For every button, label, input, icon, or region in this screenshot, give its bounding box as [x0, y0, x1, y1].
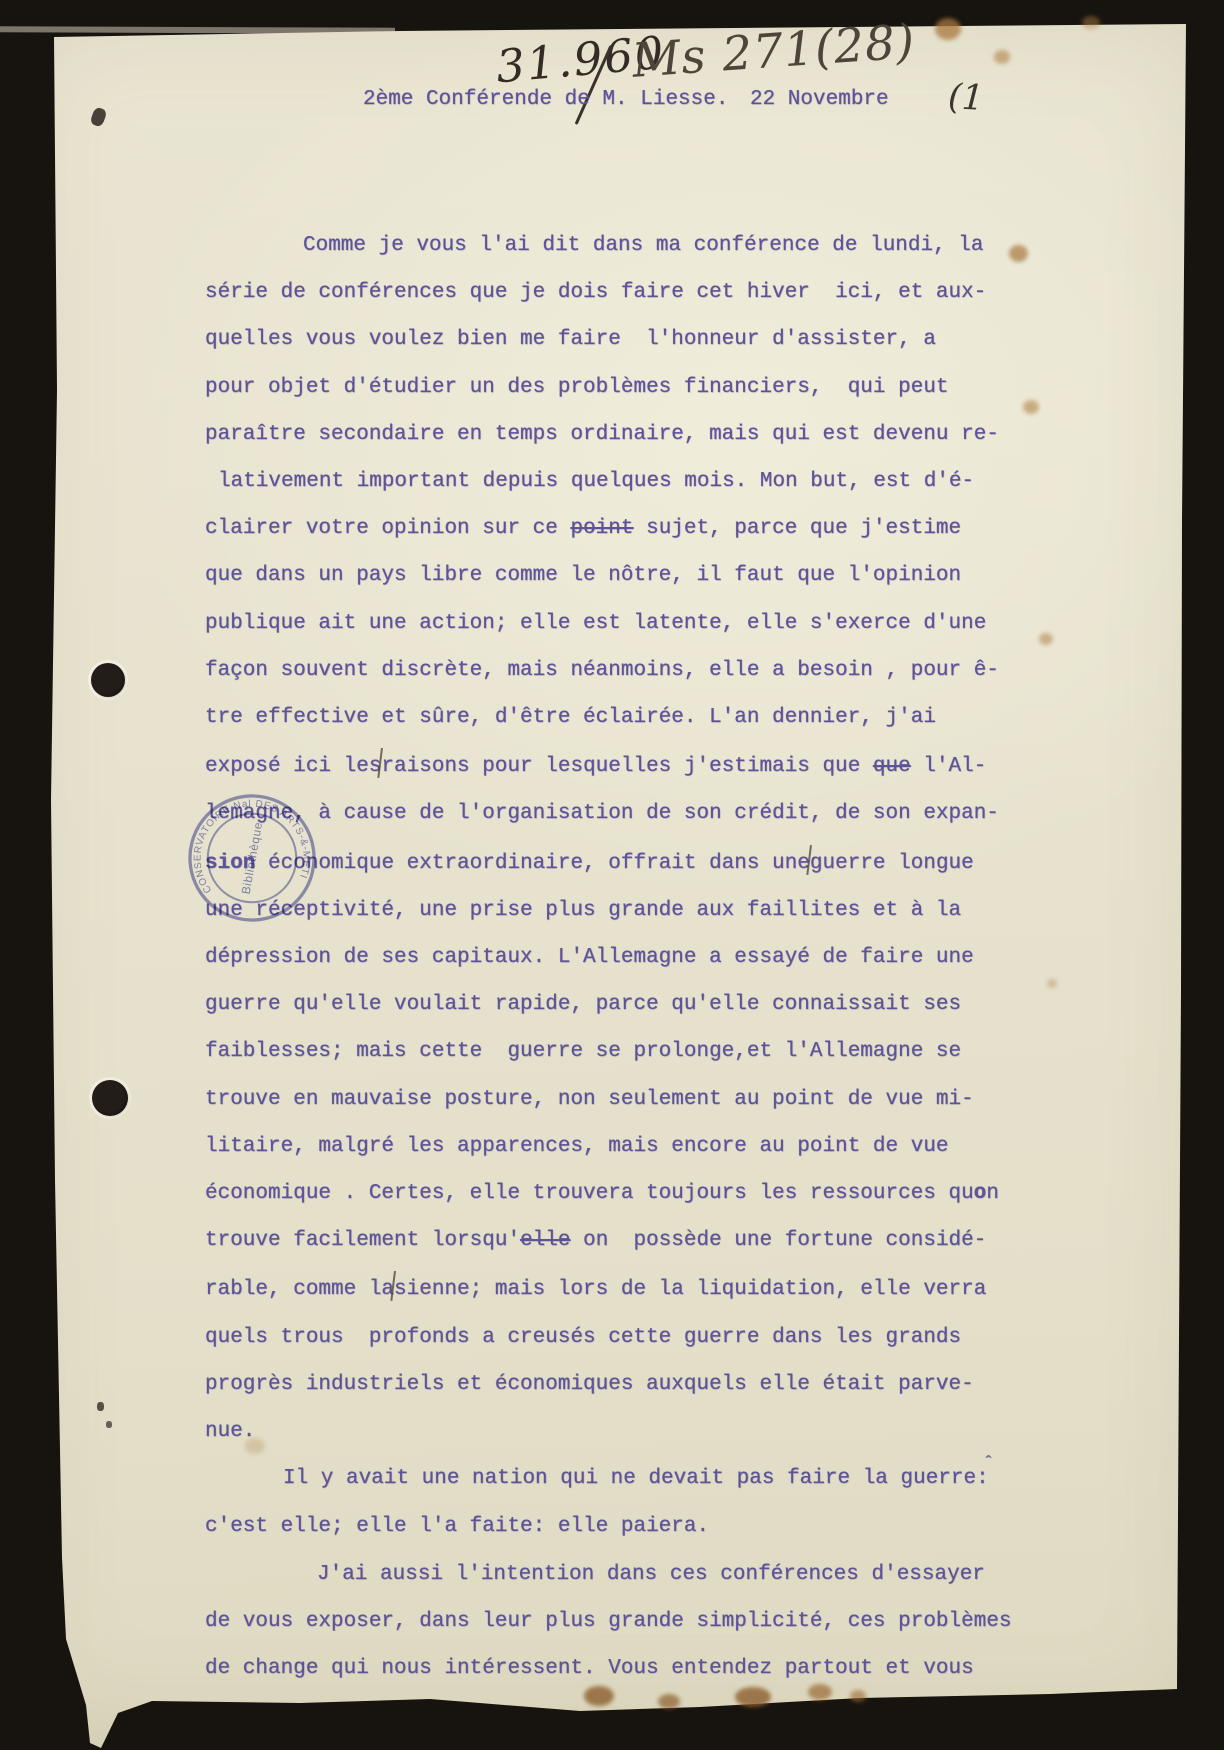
text-segment: économique . Certes, elle trouvera toujo… [205, 1182, 974, 1205]
foxing-stain [658, 1694, 680, 1709]
text-line: publique ait une action; elle est latent… [0, 600, 1224, 647]
text-line: exposé ici lesraisons pour lesquelles j'… [0, 741, 1224, 790]
text-line: faiblesses; mais cette guerre se prolong… [0, 1028, 1224, 1075]
text-line: dépression de ses capitaux. L'Allemagne … [0, 934, 1224, 981]
text-segment: clairer votre opinion sur ce [205, 517, 570, 540]
text-line: une réceptivité, une prise plus grande a… [0, 887, 1224, 934]
text-line: quels trous profonds a creusés cette gue… [0, 1314, 1224, 1361]
text-line: Il y avait une nation qui ne devait pas … [0, 1455, 1224, 1503]
text-segment: économique extraordinaire, offrait dans … [255, 852, 810, 875]
scanned-document-page: 31.960 Ms 271(28) (1 2ème Conférende de … [0, 0, 1224, 1750]
foxing-stain [935, 18, 961, 40]
text-line: guerre qu'elle voulait rapide, parce qu'… [0, 981, 1224, 1028]
text-segment: Il y avait une nation qui ne devait pas … [283, 1467, 976, 1490]
text-segment: Comme je vous l'ai dit dans ma conférenc… [303, 234, 984, 257]
text-segment: nue. [205, 1420, 255, 1443]
handwritten-page-number: (1 [947, 77, 985, 119]
text-segment: guerre longue [810, 852, 974, 875]
text-segment: lemagne, à cause de l'organisation de so… [205, 802, 999, 825]
text-segment: guerre qu'elle voulait rapide, parce qu'… [205, 993, 961, 1016]
text-segment: point [570, 517, 633, 540]
text-segment: de vous exposer, dans leur plus grande s… [205, 1610, 1012, 1633]
text-segment: que [873, 755, 911, 778]
text-segment: quelles vous voulez bien me faire l'honn… [205, 328, 936, 351]
text-line: clairer votre opinion sur ce point sujet… [0, 505, 1224, 552]
library-stamp: CONSERVATOIRE Nal DES ARTS-&-METIERS ★ B… [177, 783, 326, 932]
foxing-stain [1082, 16, 1100, 29]
text-segment: sujet, parce que j'estime [633, 517, 961, 540]
text-line: pour objet d'étudier un des problèmes fi… [0, 364, 1224, 411]
text-segment: n [986, 1182, 999, 1205]
text-line: progrès industriels et économiques auxqu… [0, 1361, 1224, 1408]
text-segment: que dans un pays libre comme le nôtre, i… [205, 564, 961, 587]
text-segment: façon souvent discrète, mais néanmoins, … [205, 659, 999, 682]
text-line: rable, comme lasienne; mais lors de la l… [0, 1264, 1224, 1313]
text-line: lativement important depuis quelques moi… [0, 458, 1224, 505]
text-line: façon souvent discrète, mais néanmoins, … [0, 647, 1224, 694]
typed-header-title: 2ème Conférende de M. Liesse. [363, 88, 728, 111]
text-segment: on possède une fortune considé- [570, 1229, 986, 1252]
text-segment: trouve en mauvaise posture, non seulemen… [205, 1088, 974, 1111]
text-segment: exposé ici les [205, 755, 381, 778]
text-segment: progrès industriels et économiques auxqu… [205, 1373, 974, 1396]
text-line: nue. [0, 1408, 1224, 1455]
text-segment: trouve facilement lorsqu' [205, 1229, 520, 1252]
text-segment: dépression de ses capitaux. L'Allemagne … [205, 946, 974, 969]
text-segment: faiblesses; mais cette guerre se prolong… [205, 1040, 961, 1063]
text-segment: quels trous profonds a creusés cette gue… [205, 1326, 961, 1349]
text-segment: elle [520, 1229, 570, 1252]
text-line: quelles vous voulez bien me faire l'honn… [0, 316, 1224, 363]
text-segment: série de conférences que je dois faire c… [205, 281, 986, 304]
text-line: économique . Certes, elle trouvera toujo… [0, 1170, 1224, 1217]
text-segment: sienne; mais lors de la liquidation, ell… [394, 1278, 986, 1301]
typed-header-date: 22 Novembre [750, 88, 889, 111]
text-segment: rable, comme la [205, 1278, 394, 1301]
foxing-stain [994, 50, 1010, 64]
text-segment: o [974, 1182, 987, 1205]
text-segment: pour objet d'étudier un des problèmes fi… [205, 376, 949, 399]
text-line: J'ai aussi l'intention dans ces conféren… [0, 1551, 1224, 1598]
text-line: trouve en mauvaise posture, non seulemen… [0, 1076, 1224, 1123]
stamp-center-text: Bibliothèque [239, 821, 266, 896]
text-segment: paraître secondaire en temps ordinaire, … [205, 423, 999, 446]
text-line: que dans un pays libre comme le nôtre, i… [0, 552, 1224, 599]
text-line: tre effective et sûre, d'être éclairée. … [0, 694, 1224, 741]
text-segment: c'est elle; elle l'a faite: elle paiera. [205, 1515, 709, 1538]
text-segment: lativement important depuis quelques moi… [218, 470, 974, 493]
text-segment: raisons pour lesquelles j'estimais que [381, 755, 872, 778]
text-segment: J'ai aussi l'intention dans ces conféren… [317, 1563, 985, 1586]
text-segment: tre effective et sûre, d'être éclairée. … [205, 706, 936, 729]
text-line: de vous exposer, dans leur plus grande s… [0, 1598, 1224, 1645]
library-stamp-graphic: CONSERVATOIRE Nal DES ARTS-&-METIERS ★ B… [177, 783, 326, 932]
text-line: trouve facilement lorsqu'elle on possède… [0, 1217, 1224, 1264]
text-segment: l'Al- [911, 755, 987, 778]
text-line: Comme je vous l'ai dit dans ma conférenc… [0, 222, 1224, 269]
text-line: de change qui nous intéressent. Vous ent… [0, 1645, 1224, 1692]
text-segment: de change qui nous intéressent. Vous ent… [205, 1657, 974, 1680]
typed-body-text: Comme je vous l'ai dit dans ma conférenc… [0, 222, 1224, 1692]
text-line: série de conférences que je dois faire c… [0, 269, 1224, 316]
text-line: paraître secondaire en temps ordinaire, … [0, 411, 1224, 458]
text-line: litaire, malgré les apparences, mais enc… [0, 1123, 1224, 1170]
text-line: c'est elle; elle l'a faite: elle paiera. [0, 1503, 1224, 1550]
text-segment: publique ait une action; elle est latent… [205, 612, 986, 635]
text-segment: litaire, malgré les apparences, mais enc… [205, 1135, 949, 1158]
